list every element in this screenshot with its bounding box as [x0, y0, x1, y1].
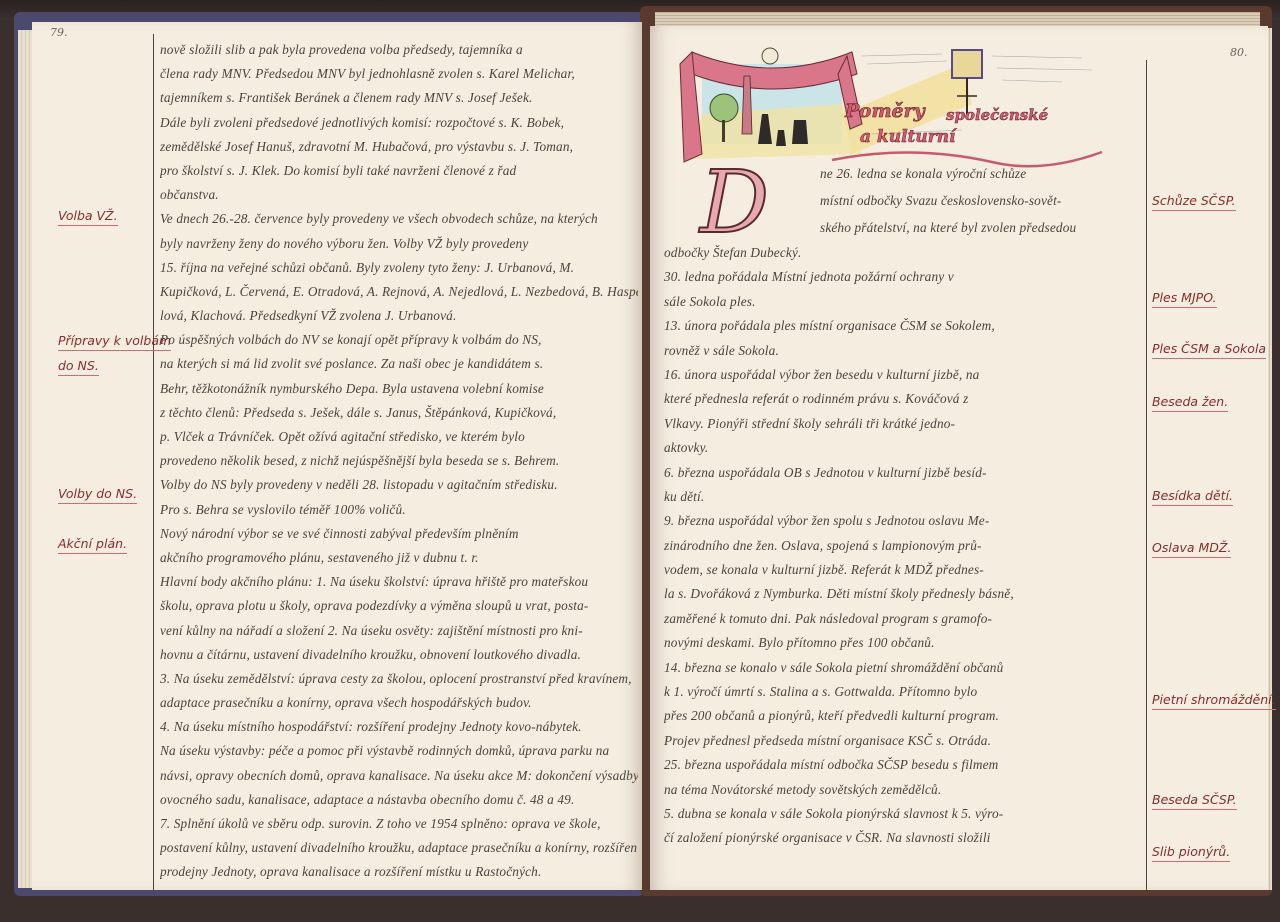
section-title: Poměry [845, 100, 925, 122]
text-line: postavení kůlny, ustavení divadelního kr… [160, 836, 638, 860]
section-title-3: a kulturní [860, 127, 956, 147]
margin-rule [153, 34, 154, 890]
text-line: člena rady MNV. Předsedou MNV byl jednoh… [160, 62, 638, 86]
text-line: ského přátelství, na které byl zvolen př… [820, 214, 1150, 241]
text-line: které přednesla referát o rodinném právu… [664, 387, 1144, 411]
margin-note: Oslava MDŽ. [1152, 540, 1231, 558]
text-line: 4. Na úseku místního hospodářství: rozší… [160, 715, 638, 739]
text-line: čí založení pionýrské organisace v ČSR. … [664, 826, 1144, 850]
text-line: Projev přednesl předseda místní organisa… [664, 729, 1144, 753]
left-page: 79. Volba VŽ.Přípravy k volbámdo NS.Volb… [32, 22, 642, 890]
text-line: Pro s. Behra se vyslovilo téměř 100% vol… [160, 498, 638, 522]
text-line: zinárodního dne žen. Oslava, spojená s l… [664, 534, 1144, 558]
text-line: vodem, se konala v kulturní jizbě. Refer… [664, 558, 1144, 582]
text-line: prodejny Jednoty, oprava kanalisace a ro… [160, 860, 638, 884]
text-line: Behr, těžkotonážník nymburského Depa. By… [160, 377, 638, 401]
text-line: 30. ledna pořádala Místní jednota požárn… [664, 265, 1144, 289]
text-line: k 1. výročí úmrtí s. Stalina a s. Gottwa… [664, 680, 1144, 704]
text-line: Dále byli zvoleni předsedové jednotlivýc… [160, 111, 638, 135]
text-line: z těchto členů: Předseda s. Ješek, dále … [160, 401, 638, 425]
text-line: novými deskami. Bylo přítomno přes 100 o… [664, 631, 1144, 655]
text-line: adaptace prasečníku a konírny, oprava vš… [160, 691, 638, 715]
decorative-initial: D [700, 160, 769, 246]
text-line: na kterých si má lid zvolit své poslance… [160, 352, 638, 376]
handwritten-text: odbočky Štefan Dubecký.30. ledna pořádal… [664, 241, 1144, 851]
margin-note: Volba VŽ. [58, 208, 118, 226]
text-line: 3. Na úseku zemědělství: úprava cesty za… [160, 667, 638, 691]
text-line: p. Vlček a Trávníček. Opět ožívá agitačn… [160, 425, 638, 449]
text-line: Po úspěšných volbách do NV se konají opě… [160, 328, 638, 352]
margin-note: Ples MJPO. [1152, 290, 1217, 308]
margin-note: Slib pionýrů. [1152, 844, 1230, 862]
text-line: la s. Dvořáková z Nymburka. Děti místní … [664, 582, 1144, 606]
text-line: nově složili slib a pak byla provedena v… [160, 38, 638, 62]
text-line: Vlkavy. Pionýři střední školy sehráli tř… [664, 412, 1144, 436]
intro-text: ne 26. ledna se konala výroční schůzemís… [820, 160, 1150, 241]
text-line: zemědělské Josef Hanuš, zdravotní M. Hub… [160, 135, 638, 159]
text-line: 5. dubna se konala v sále Sokola pionýrs… [664, 802, 1144, 826]
text-line: aktovky. [664, 436, 1144, 460]
text-line: ku dětí. [664, 485, 1144, 509]
text-line: 6. března uspořádala OB s Jednotou v kul… [664, 461, 1144, 485]
text-line: lová, Klachová. Předsedkyní VŽ zvolena J… [160, 304, 638, 328]
text-line: akčního programového plánu, sestaveného … [160, 546, 638, 570]
text-line: odbočky Štefan Dubecký. [664, 241, 1144, 265]
margin-note: Volby do NS. [58, 486, 137, 504]
text-line: Na úseku výstavby: péče a pomoc při výst… [160, 739, 638, 763]
text-line: byly navrženy ženy do nového výboru žen.… [160, 232, 638, 256]
margin-note: Akční plán. [58, 536, 127, 554]
margin-note: Přípravy k volbám [58, 333, 171, 351]
text-line: rovněž v sále Sokola. [664, 339, 1144, 363]
margin-note: Beseda žen. [1152, 394, 1228, 412]
text-line: 15. října na veřejné schůzi občanů. Byly… [160, 256, 638, 280]
margin-note: Besídka dětí. [1152, 488, 1233, 506]
text-line: školu, oprava plotu u školy, oprava pode… [160, 594, 638, 618]
text-line: 9. března uspořádal výbor žen spolu s Je… [664, 509, 1144, 533]
text-line: provedeno několik besed, z nichž nejúspě… [160, 449, 638, 473]
text-line: na téma Novátorské metody sovětských zem… [664, 778, 1144, 802]
text-line: hovnu a čítárnu, ustavení divadelního kr… [160, 643, 638, 667]
text-line: místní odbočky Svazu československo-sově… [820, 187, 1150, 214]
text-line: přes 200 občanů a pionýrů, kteří předved… [664, 704, 1144, 728]
text-line: vení kůlny na nářadí a složení 2. Na úse… [160, 619, 638, 643]
text-line: Hlavní body akčního plánu: 1. Na úseku š… [160, 570, 638, 594]
handwritten-text: nově složili slib a pak byla provedena v… [160, 38, 638, 885]
text-line: zaměřené k tomuto dni. Pak následoval pr… [664, 607, 1144, 631]
page-number-right: 80. [1230, 46, 1248, 59]
page-number-left: 79. [50, 26, 68, 39]
text-line: ne 26. ledna se konala výroční schůze [820, 160, 1150, 187]
text-line: 13. února pořádala ples místní organisac… [664, 314, 1144, 338]
section-title-2: společenské [946, 106, 1048, 124]
text-line: 25. března uspořádala místní odbočka SČS… [664, 753, 1144, 777]
margin-note: Schůze SČSP. [1152, 193, 1236, 211]
text-line: občanstva. [160, 183, 638, 207]
text-line: Kupičková, L. Červená, E. Otradová, A. R… [160, 280, 638, 304]
text-line: 16. února uspořádal výbor žen besedu v k… [664, 363, 1144, 387]
text-line: tajemníkem s. František Beránek a členem… [160, 86, 638, 110]
text-line: 14. března se konalo v sále Sokola pietn… [664, 656, 1144, 680]
margin-note: Pietní shromáždění. [1152, 692, 1276, 710]
text-line: návsi, opravy obecních domů, oprava kana… [160, 764, 638, 788]
text-line: pro školství s. J. Klek. Do komisí byli … [160, 159, 638, 183]
text-line: Ve dnech 26.-28. července byly provedeny… [160, 207, 638, 231]
margin-note: Ples ČSM a Sokola [1152, 341, 1266, 359]
text-line: ovocného sadu, kanalisace, adaptace a ná… [160, 788, 638, 812]
text-line: sále Sokola ples. [664, 290, 1144, 314]
text-line: Volby do NS byly provedeny v neděli 28. … [160, 473, 638, 497]
text-line: 7. Splnění úkolů ve sběru odp. surovin. … [160, 812, 638, 836]
margin-note: Beseda SČSP. [1152, 792, 1237, 810]
margin-note: do NS. [58, 358, 99, 376]
text-line: Nový národní výbor se ve své činnosti za… [160, 522, 638, 546]
